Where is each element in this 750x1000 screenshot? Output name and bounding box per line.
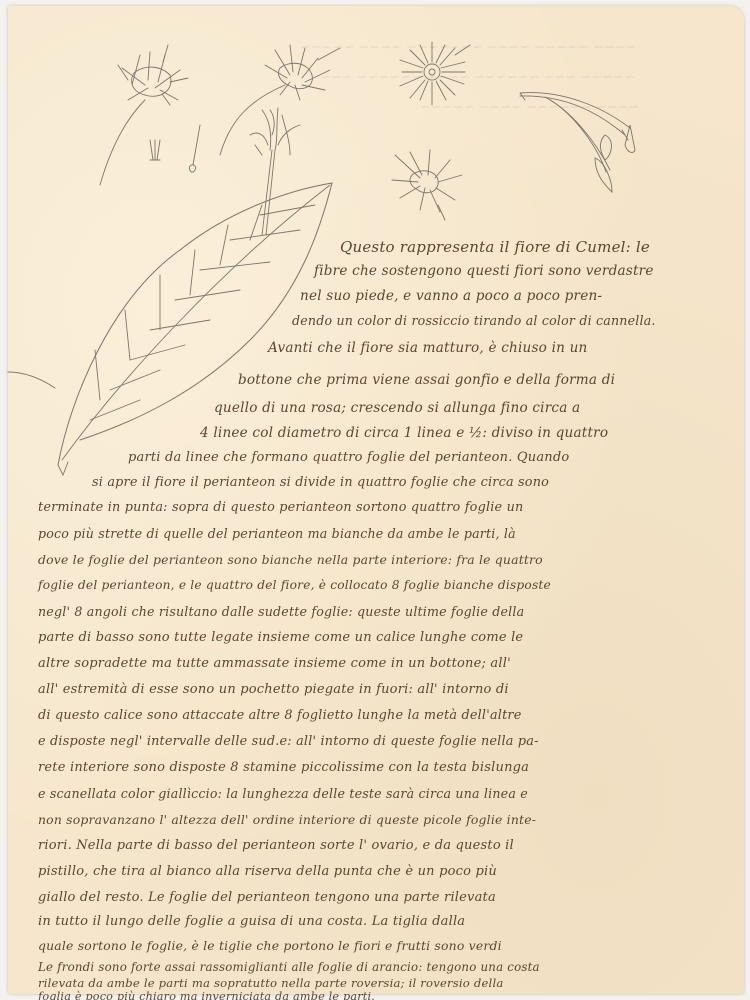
- text-line: Questo rappresenta il fiore di Cumel: le: [340, 238, 650, 256]
- text-line: riori. Nella parte di basso del periante…: [38, 838, 514, 853]
- text-line: non sopravanzano l' altezza dell' ordine…: [38, 812, 536, 827]
- text-line: Avanti che il fiore sia matturo, è chius…: [268, 340, 588, 356]
- text-line: quale sortono le foglie, è le tiglie che…: [38, 938, 502, 953]
- text-line: pistillo, che tira al bianco alla riserv…: [38, 864, 497, 879]
- text-line: all' estremità di esse sono un pochetto …: [38, 682, 509, 697]
- text-line: foglie del perianteon, e le quattro del …: [38, 578, 551, 592]
- text-line: dendo un color di rossiccio tirando al c…: [292, 313, 656, 328]
- text-line: in tutto il lungo delle foglie a guisa d…: [38, 914, 465, 929]
- text-line: terminate in punta: sopra di questo peri…: [38, 500, 523, 515]
- text-line: quello di una rosa; crescendo si allunga…: [214, 400, 580, 416]
- text-line: dove le foglie del perianteon sono bianc…: [38, 552, 543, 567]
- manuscript-text: Questo rappresenta il fiore di Cumel: le…: [0, 0, 750, 1000]
- text-line: 4 linee col diametro di circa 1 linea e …: [200, 425, 608, 441]
- text-line: poco più strette di quelle del perianteo…: [38, 526, 516, 541]
- text-line: parte di basso sono tutte legate insieme…: [38, 630, 523, 645]
- text-line: parti da linee che formano quattro fogli…: [128, 450, 569, 465]
- text-line: fibre che sostengono questi fiori sono v…: [314, 263, 654, 279]
- text-line: nel suo piede, e vanno a poco a poco pre…: [300, 288, 602, 304]
- text-line: giallo del resto. Le foglie del periante…: [38, 890, 496, 905]
- text-line: foglia è poco più chiaro ma inverniciata…: [38, 990, 375, 1000]
- text-line: si apre il fiore il perianteon si divide…: [92, 475, 549, 490]
- text-line: negl' 8 angoli che risultano dalle sudet…: [38, 604, 524, 619]
- text-line: bottone che prima viene assai gonfio e d…: [238, 372, 615, 388]
- text-line: di questo calice sono attaccate altre 8 …: [38, 708, 522, 723]
- text-line: e scanellata color giallìccio: la lunghe…: [38, 786, 528, 801]
- text-line: Le frondi sono forte assai rassomigliant…: [38, 960, 540, 974]
- text-line: rete interiore sono disposte 8 stamine p…: [38, 760, 529, 775]
- text-line: e disposte negl' intervalle delle sud.e:…: [38, 734, 539, 749]
- text-line: altre sopradette ma tutte ammassate insi…: [38, 656, 511, 671]
- text-line: rilevata da ambe le parti ma sopratutto …: [38, 976, 504, 990]
